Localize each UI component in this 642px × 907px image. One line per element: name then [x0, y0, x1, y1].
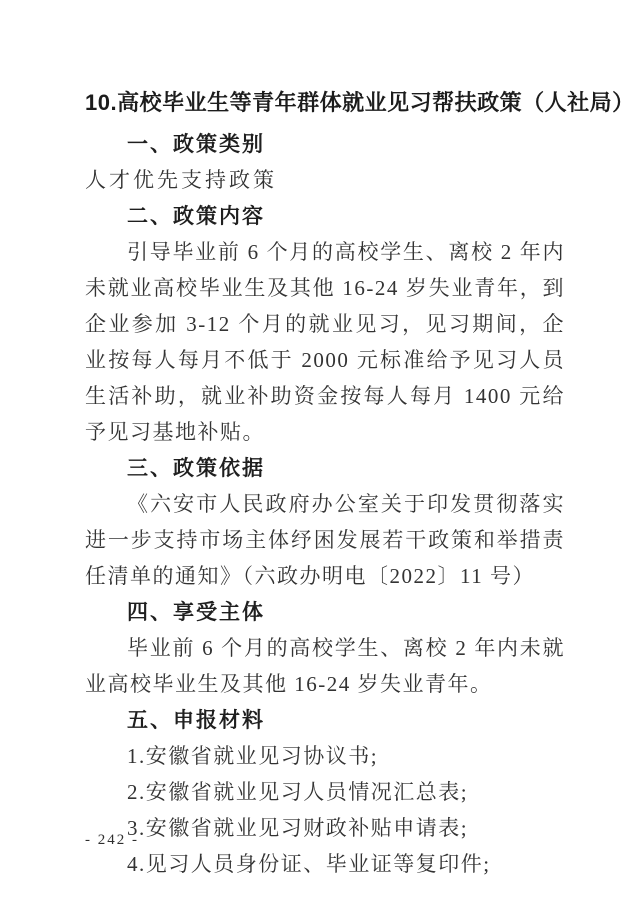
section-policy-content: 二、政策内容 引导毕业前 6 个月的高校学生、离校 2 年内未就业高校毕业生及其…	[85, 198, 565, 450]
section-beneficiaries: 四、享受主体 毕业前 6 个月的高校学生、离校 2 年内未就业高校毕业生及其他 …	[85, 594, 565, 702]
section-heading-policy-basis: 三、政策依据	[85, 450, 565, 486]
document-page: 10.高校毕业生等青年群体就业见习帮扶政策（人社局） 一、政策类别 人才优先支持…	[0, 0, 642, 907]
section-policy-basis: 三、政策依据 《六安市人民政府办公室关于印发贯彻落实进一步支持市场主体纾困发展若…	[85, 450, 565, 594]
material-list-item-4: 4.见习人员身份证、毕业证等复印件;	[85, 846, 565, 882]
section-heading-application-materials: 五、申报材料	[85, 702, 565, 738]
paragraph-beneficiaries: 毕业前 6 个月的高校学生、离校 2 年内未就业高校毕业生及其他 16-24 岁…	[85, 630, 565, 702]
section-heading-beneficiaries: 四、享受主体	[85, 594, 565, 630]
section-policy-category: 一、政策类别 人才优先支持政策	[85, 126, 565, 198]
paragraph-policy-content: 引导毕业前 6 个月的高校学生、离校 2 年内未就业高校毕业生及其他 16-24…	[85, 234, 565, 450]
section-application-materials: 五、申报材料 1.安徽省就业见习协议书; 2.安徽省就业见习人员情况汇总表; 3…	[85, 702, 565, 882]
document-content: 10.高校毕业生等青年群体就业见习帮扶政策（人社局） 一、政策类别 人才优先支持…	[85, 84, 565, 882]
section-heading-policy-content: 二、政策内容	[85, 198, 565, 234]
paragraph-policy-basis: 《六安市人民政府办公室关于印发贯彻落实进一步支持市场主体纾困发展若干政策和举措责…	[85, 486, 565, 594]
document-title: 10.高校毕业生等青年群体就业见习帮扶政策（人社局）	[85, 84, 565, 121]
material-list-item-2: 2.安徽省就业见习人员情况汇总表;	[85, 774, 565, 810]
paragraph-policy-category: 人才优先支持政策	[85, 162, 565, 198]
page-number: - 242 -	[85, 828, 139, 852]
material-list-item-1: 1.安徽省就业见习协议书;	[85, 738, 565, 774]
material-list-item-3: 3.安徽省就业见习财政补贴申请表;	[85, 810, 565, 846]
section-heading-policy-category: 一、政策类别	[85, 126, 565, 162]
